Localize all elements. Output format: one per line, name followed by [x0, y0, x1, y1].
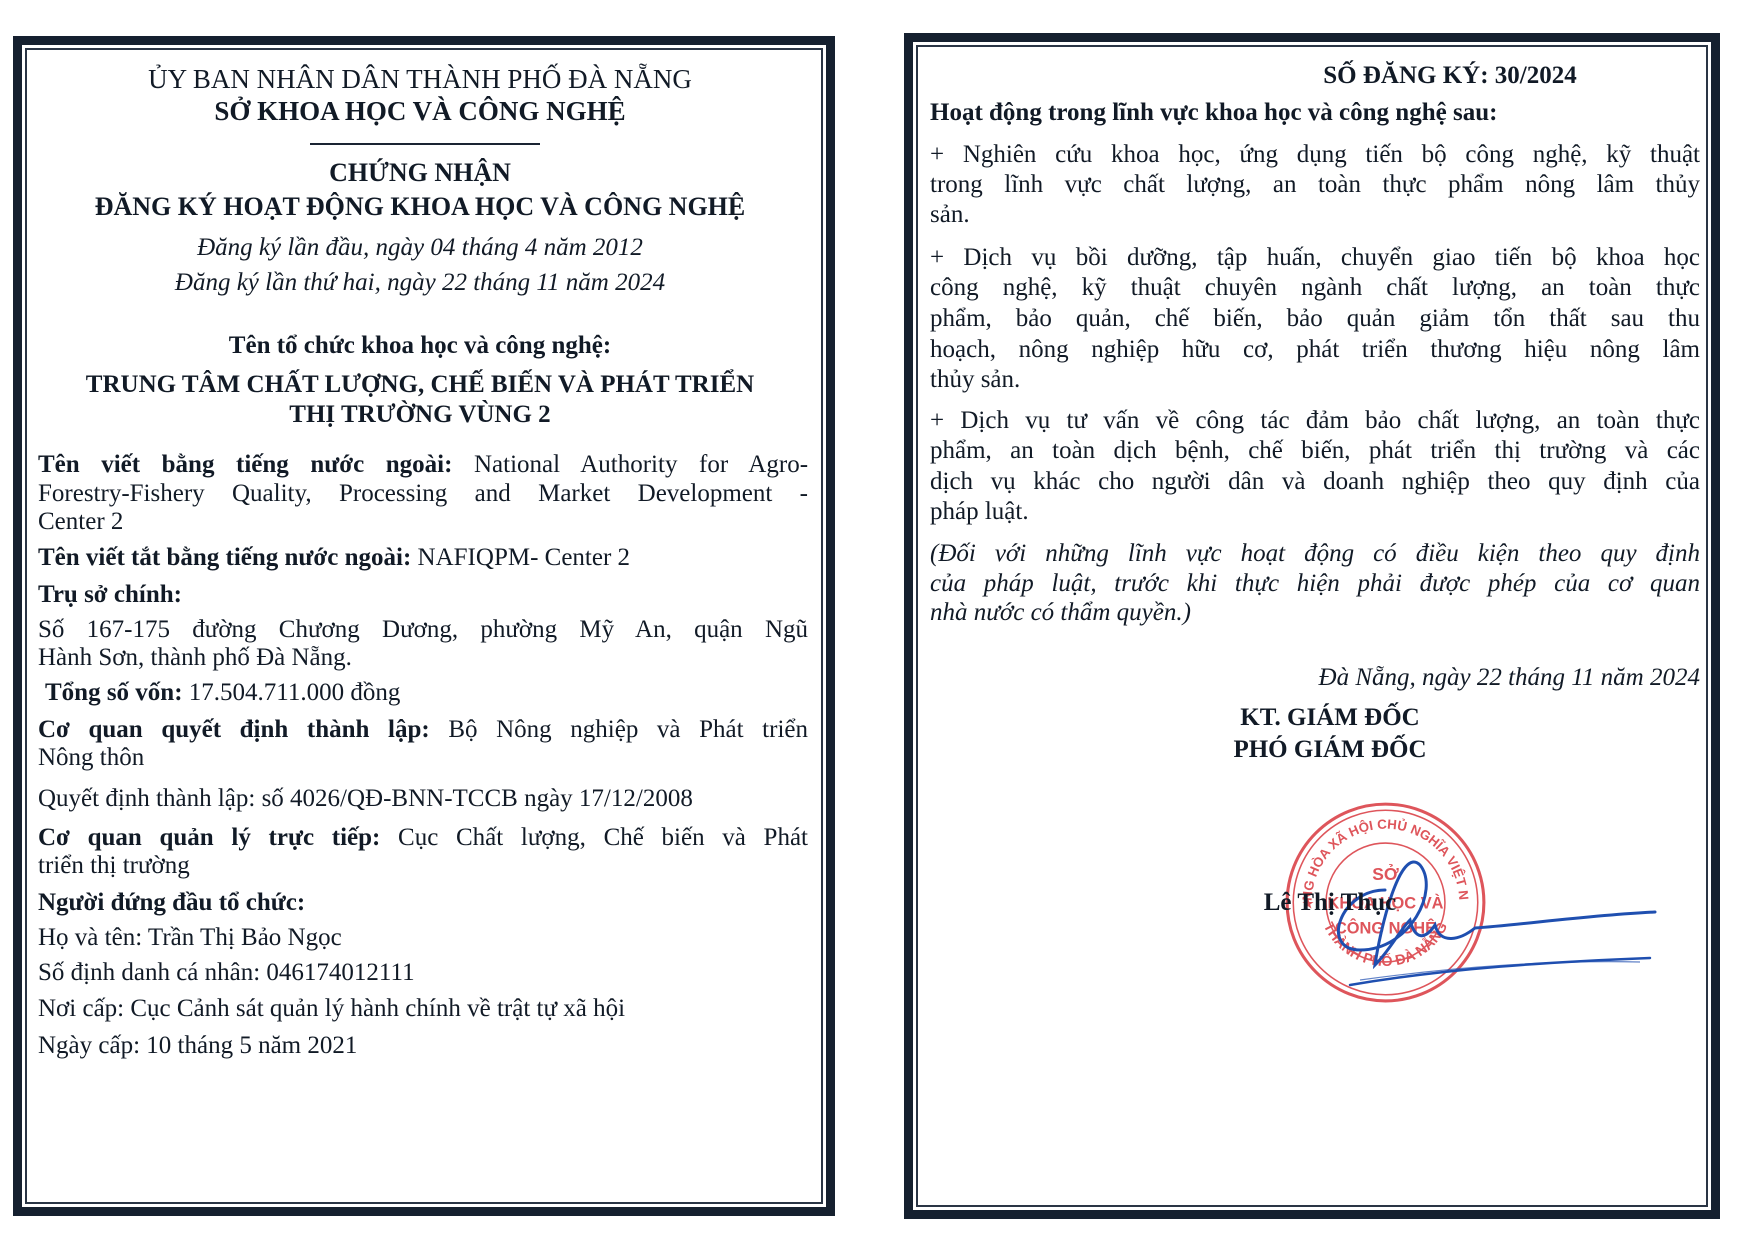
- activity-2-line: phẩm, bảo quản, chế biến, bảo quản giảm …: [930, 306, 1700, 331]
- activity-3-line: dịch vụ khác cho người dân và doanh nghi…: [930, 469, 1700, 494]
- head-label: Người đứng đầu tổ chức:: [38, 890, 808, 915]
- signer-name: Lê Thị Thục: [1180, 890, 1480, 915]
- header-divider: [310, 143, 540, 145]
- foreign-name-label: Tên viết bằng tiếng nước ngoài:: [38, 451, 452, 478]
- head-id-issued-by: Nơi cấp: Cục Cảnh sát quản lý hành chính…: [38, 996, 808, 1021]
- foreign-name-line1: Tên viết bằng tiếng nước ngoài: National…: [38, 452, 808, 477]
- managing-agency-label: Cơ quan quản lý trực tiếp:: [38, 824, 380, 851]
- place-date: Đà Nẵng, ngày 22 tháng 11 năm 2024: [1100, 665, 1700, 690]
- headquarters-line2: Hành Sơn, thành phố Đà Nẵng.: [38, 645, 808, 670]
- activity-3-line: + Dịch vụ tư vấn về công tác đảm bảo chấ…: [930, 408, 1700, 433]
- managing-agency-value: Cục Chất lượng, Chế biến và Phát: [398, 824, 808, 851]
- first-registration-date: Đăng ký lần đầu, ngày 04 tháng 4 năm 201…: [20, 235, 820, 260]
- head-id-number: Số định danh cá nhân: 046174012111: [38, 960, 808, 985]
- founding-agency-line2: Nông thôn: [38, 745, 808, 770]
- org-name-line2: THỊ TRƯỜNG VÙNG 2: [20, 402, 820, 427]
- capital-row: Tổng số vốn: 17.504.711.000 đồng: [45, 680, 815, 705]
- legal-note-line: nhà nước có thẩm quyền.): [930, 600, 1700, 625]
- activity-3-line: phẩm, an toàn dịch bệnh, chế biến, phát …: [930, 438, 1700, 463]
- org-name-line1: TRUNG TÂM CHẤT LƯỢNG, CHẾ BIẾN VÀ PHÁT T…: [20, 372, 820, 397]
- legal-note-line: của pháp luật, trước khi thực hiện phải …: [930, 571, 1700, 596]
- handwritten-signature: [1330, 850, 1660, 1000]
- foreign-abbrev-row: Tên viết tắt bằng tiếng nước ngoài: NAFI…: [38, 545, 808, 570]
- head-full-name: Họ và tên: Trần Thị Bảo Ngọc: [38, 925, 808, 950]
- activity-1-line: trong lĩnh vực chất lượng, an toàn thực …: [930, 172, 1700, 197]
- activity-2-line: hoạch, nông nghiệp hữu cơ, phát triển th…: [930, 337, 1700, 362]
- activities-heading: Hoạt động trong lĩnh vực khoa học và côn…: [930, 100, 1700, 125]
- foreign-abbrev-label: Tên viết tắt bằng tiếng nước ngoài:: [38, 544, 411, 571]
- foreign-abbrev-value: NAFIQPM- Center 2: [418, 544, 631, 571]
- activity-1-line: sản.: [930, 202, 1700, 227]
- activity-1-line: + Nghiên cứu khoa học, ứng dụng tiến bộ …: [930, 142, 1700, 167]
- activity-2-line: + Dịch vụ bồi dưỡng, tập huấn, chuyển gi…: [930, 245, 1700, 270]
- second-registration-date: Đăng ký lần thứ hai, ngày 22 tháng 11 nă…: [20, 270, 820, 295]
- headquarters-line1: Số 167-175 đường Chương Dương, phường Mỹ…: [38, 617, 808, 642]
- certificate-subtitle: ĐĂNG KÝ HOẠT ĐỘNG KHOA HỌC VÀ CÔNG NGHỆ: [20, 194, 820, 220]
- headquarters-label: Trụ sở chính:: [38, 582, 808, 607]
- signer-title-line1: KT. GIÁM ĐỐC: [1180, 705, 1480, 730]
- activity-2-line: công nghệ, kỹ thuật chuyên ngành chất lư…: [930, 275, 1700, 300]
- certificate-title: CHỨNG NHẬN: [20, 160, 820, 186]
- capital-label: Tổng số vốn:: [45, 679, 183, 706]
- founding-decision: Quyết định thành lập: số 4026/QĐ-BNN-TCC…: [38, 786, 808, 811]
- issuing-department: SỞ KHOA HỌC VÀ CÔNG NGHỆ: [20, 98, 820, 125]
- legal-note-line: (Đối với những lĩnh vực hoạt động có điề…: [930, 541, 1700, 566]
- foreign-name-line2: Forestry-Fishery Quality, Processing and…: [38, 481, 808, 506]
- signer-title-line2: PHÓ GIÁM ĐỐC: [1180, 737, 1480, 762]
- founding-agency-line1: Cơ quan quyết định thành lập: Bộ Nông ng…: [38, 717, 808, 742]
- managing-agency-line1: Cơ quan quản lý trực tiếp: Cục Chất lượn…: [38, 825, 808, 850]
- activity-3-line: pháp luật.: [930, 499, 1700, 524]
- registration-number: SỐ ĐĂNG KÝ: 30/2024: [1200, 63, 1700, 88]
- managing-agency-line2: triển thị trường: [38, 853, 808, 878]
- capital-value: 17.504.711.000 đồng: [189, 679, 401, 706]
- foreign-name-line3: Center 2: [38, 509, 808, 534]
- founding-agency-value: Bộ Nông nghiệp và Phát triển: [448, 716, 808, 743]
- activity-2-line: thủy sản.: [930, 367, 1700, 392]
- head-id-issued-date: Ngày cấp: 10 tháng 5 năm 2021: [38, 1033, 808, 1058]
- foreign-name-value: National Authority for Agro-: [474, 451, 808, 478]
- founding-agency-label: Cơ quan quyết định thành lập:: [38, 716, 430, 743]
- org-name-label: Tên tổ chức khoa học và công nghệ:: [20, 333, 820, 358]
- issuing-authority: ỦY BAN NHÂN DÂN THÀNH PHỐ ĐÀ NẴNG: [20, 66, 820, 93]
